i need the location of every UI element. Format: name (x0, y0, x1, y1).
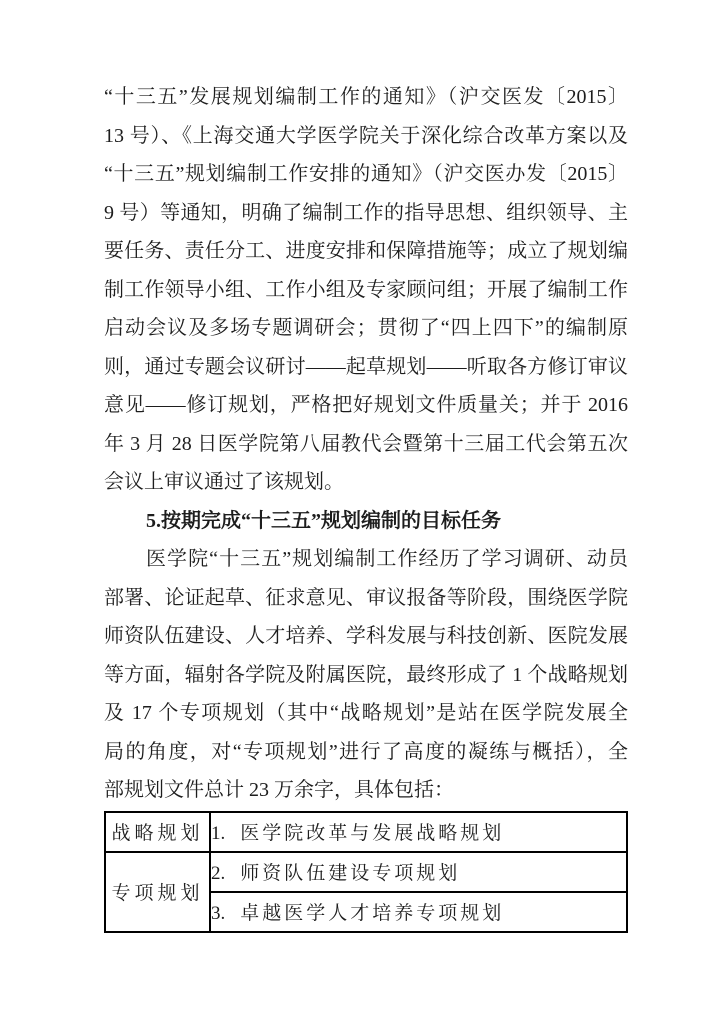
table-cell-item: 3.卓越医学人才培养专项规划 (210, 892, 627, 932)
item-number: 3. (211, 903, 225, 925)
paragraph-line: 及 17 个专项规划（其中“战略规划”是站在医学院发展全 (104, 694, 628, 733)
section-heading: 5.按期完成“十三五”规划编制的目标任务 (104, 502, 628, 541)
paragraph-line: 部署、论证起草、征求意见、审议报备等阶段，围绕医学院 (104, 579, 628, 618)
paragraph-line: 师资队伍建设、人才培养、学科发展与科技创新、医院发展 (104, 617, 628, 656)
paragraph-line: 等方面，辐射各学院及附属医院，最终形成了 1 个战略规划 (104, 656, 628, 695)
document-page: “十三五”发展规划编制工作的通知》（沪交医发〔2015〕 13 号）、《上海交通… (0, 0, 724, 1024)
document-body: “十三五”发展规划编制工作的通知》（沪交医发〔2015〕 13 号）、《上海交通… (104, 78, 628, 933)
item-text: 卓越医学人才培养专项规划 (240, 903, 504, 924)
paragraph-line: 9 号）等通知，明确了编制工作的指导思想、组织领导、主 (104, 194, 628, 233)
paragraph-line: 意见——修订规划，严格把好规划文件质量关；并于 2016 (104, 386, 628, 425)
paragraph-line: 要任务、责任分工、进度安排和保障措施等；成立了规划编 (104, 232, 628, 271)
paragraph-line: 制工作领导小组、工作小组及专家顾问组；开展了编制工作 (104, 271, 628, 310)
paragraph-line: “十三五”规划编制工作安排的通知》（沪交医办发〔2015〕 (104, 155, 628, 194)
table-cell-category: 专项规划 (105, 852, 210, 932)
paragraph-line: 部规划文件总计 23 万余字，具体包括： (104, 771, 628, 810)
paragraph-line: “十三五”发展规划编制工作的通知》（沪交医发〔2015〕 (104, 78, 628, 117)
table-cell-item: 2.师资队伍建设专项规划 (210, 852, 627, 892)
paragraph-line: 启动会议及多场专题调研会；贯彻了“四上四下”的编制原 (104, 309, 628, 348)
paragraph-line: 13 号）、《上海交通大学医学院关于深化综合改革方案以及 (104, 117, 628, 156)
table-cell-category: 战略规划 (105, 812, 210, 852)
paragraph-line: 局的角度，对“专项规划”进行了高度的凝练与概括），全 (104, 733, 628, 772)
item-text: 师资队伍建设专项规划 (240, 863, 460, 884)
paragraph-line: 会议上审议通过了该规划。 (104, 463, 628, 502)
table-row: 战略规划 1.医学院改革与发展战略规划 (105, 812, 627, 852)
item-number: 1. (211, 823, 225, 845)
table-cell-item: 1.医学院改革与发展战略规划 (210, 812, 627, 852)
paragraph-line: 则，通过专题会议研讨——起草规划——听取各方修订审议 (104, 348, 628, 387)
plans-table: 战略规划 1.医学院改革与发展战略规划 专项规划 2.师资队伍建设专项规划 3.… (104, 811, 628, 933)
item-number: 2. (211, 863, 225, 885)
paragraph-line: 年 3 月 28 日医学院第八届教代会暨第十三届工代会第五次 (104, 425, 628, 464)
item-text: 医学院改革与发展战略规划 (240, 823, 504, 844)
table-row: 专项规划 2.师资队伍建设专项规划 (105, 852, 627, 892)
paragraph-line: 医学院“十三五”规划编制工作经历了学习调研、动员 (104, 540, 628, 579)
